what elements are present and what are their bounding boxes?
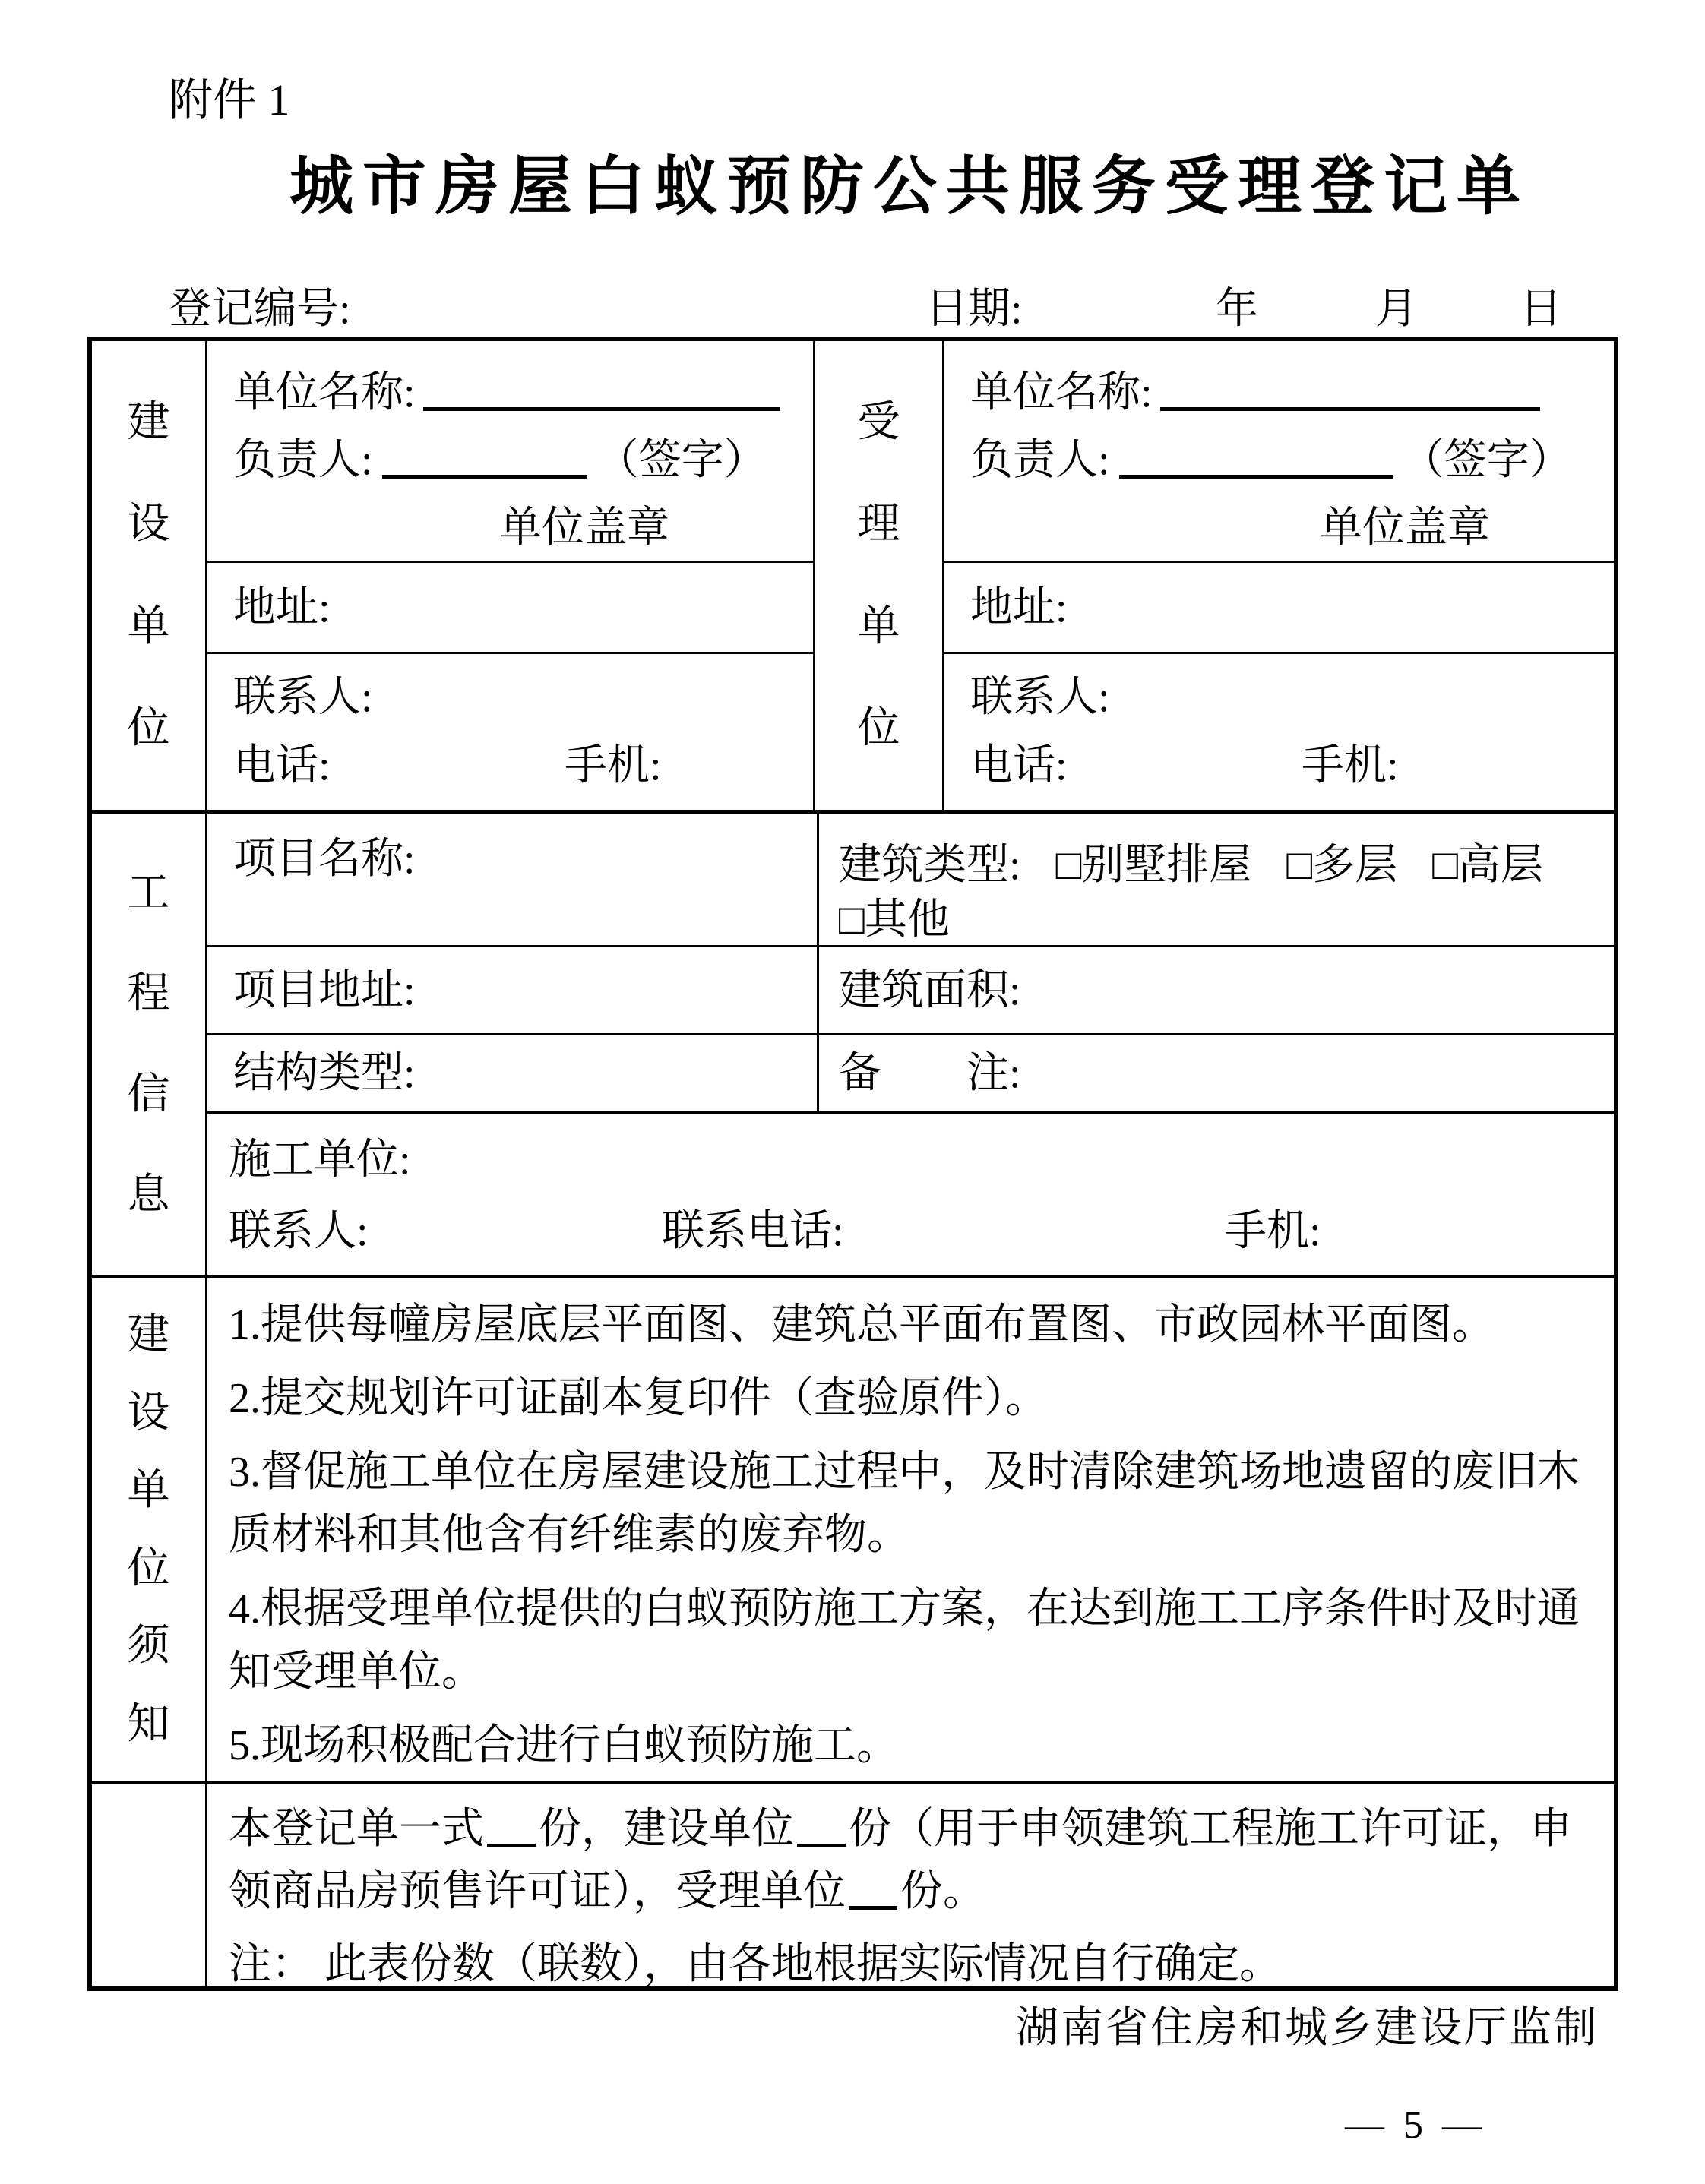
project-section-label: 工 程 信 息 — [92, 814, 207, 1275]
acceptor-address-row: 地址: — [944, 563, 1614, 654]
acceptor-section-label: 受 理 单 位 — [815, 341, 944, 810]
project-address-row: 项目地址: 建筑面积: — [207, 947, 1614, 1035]
builder-address-row: 地址: — [207, 563, 813, 654]
building-type-option-other[interactable]: □其他 — [839, 896, 950, 943]
acceptor-mobile-label: 手机: — [1302, 742, 1399, 789]
notice-item-2: 2.提交规划许可证副本复印件（查验原件）。 — [229, 1367, 1593, 1430]
builder-unit-name-blank[interactable] — [423, 368, 780, 411]
acceptor-unit-name-blank[interactable] — [1160, 368, 1540, 411]
building-area-label: 建筑面积: — [839, 969, 1614, 1012]
builder-principal-blank[interactable] — [382, 435, 587, 479]
copies-seg3: 份（用于申领建筑工程施工许可证，申 — [849, 1806, 1572, 1853]
acceptor-phone-label: 电话: — [970, 732, 1302, 800]
builder-principal-label: 负责人: — [233, 437, 373, 484]
copies-total-blank[interactable] — [487, 1807, 536, 1847]
notice-item-5: 5.现场积极配合进行白蚁预防施工。 — [229, 1715, 1593, 1778]
builder-mobile-label: 手机: — [565, 742, 662, 789]
acceptor-contact-row: 联系人: 电话:手机: — [944, 654, 1614, 808]
copies-section-label-empty — [92, 1784, 207, 1986]
header-meta: 登记编号: 日期: 年 月 日 — [0, 275, 1705, 328]
building-type-label: 建筑类型: — [839, 842, 1021, 889]
notice-item-3: 3.督促施工单位在房屋建设施工过程中，及时清除建筑场地遗留的废旧木质材料和其他含… — [229, 1441, 1593, 1567]
acceptor-principal-blank[interactable] — [1119, 435, 1393, 479]
date-label: 日期: — [925, 275, 1023, 336]
units-section: 建 设 单 位 单位名称: 负责人:（签字） 单位盖章 地址: — [92, 341, 1614, 814]
copies-builder-blank[interactable] — [797, 1807, 846, 1847]
project-cells: 项目名称: 建筑类型:□别墅排屋□多层□高层 □其他 项目地址: 建筑面积: — [207, 814, 1614, 1275]
date-day-label: 日 — [1520, 275, 1562, 336]
notice-section-label: 建 设 单 位 须 知 — [92, 1278, 207, 1781]
date-month-label: 月 — [1375, 275, 1418, 336]
building-type-option-highrise[interactable]: □高层 — [1432, 842, 1543, 889]
project-address-label: 项目地址: — [233, 969, 416, 1012]
notice-item-4: 4.根据受理单位提供的白蚁预防施工方案，在达到施工工序条件时及时通知受理单位。 — [229, 1578, 1593, 1704]
page-title: 城市房屋白蚁预防公共服务受理登记单 — [0, 135, 1705, 227]
date-year-label: 年 — [1216, 275, 1258, 336]
remark-label: 备 注: — [839, 1052, 1614, 1095]
copies-line2a: 领商品房预售许可证），受理单位 — [229, 1868, 846, 1915]
project-info-section: 工 程 信 息 项目名称: 建筑类型:□别墅排屋□多层□高层 □其他 — [92, 814, 1614, 1278]
copies-seg1: 本登记单一式 — [229, 1806, 484, 1853]
acceptor-seal-label: 单位盖章 — [1320, 495, 1614, 562]
notice-item-1: 1.提供每幢房屋底层平面图、建筑总平面布置图、市政园林平面图。 — [229, 1294, 1593, 1357]
document-page: 附件 1 城市房屋白蚁预防公共服务受理登记单 登记编号: 日期: 年 月 日 建… — [0, 0, 1705, 2184]
structure-type-row: 结构类型: 备 注: — [207, 1035, 1614, 1114]
attachment-label: 附件 1 — [169, 64, 290, 128]
building-type-option-villa[interactable]: □别墅排屋 — [1056, 842, 1252, 889]
registration-number-label: 登记编号: — [169, 275, 351, 336]
acceptor-contact-label: 联系人: — [970, 674, 1110, 721]
issuer-line: 湖南省住房和城乡建设厅监制 — [1016, 1994, 1599, 2055]
acceptor-unit-name-label: 单位名称: — [970, 369, 1153, 416]
project-name-row: 项目名称: 建筑类型:□别墅排屋□多层□高层 □其他 — [207, 814, 1614, 947]
notice-items: 1.提供每幢房屋底层平面图、建筑总平面布置图、市政园林平面图。 2.提交规划许可… — [207, 1278, 1614, 1781]
builder-seal-label: 单位盖章 — [499, 495, 813, 562]
builder-sign-label: （签字） — [596, 437, 767, 484]
constructor-tel-label: 联系电话: — [662, 1196, 1224, 1267]
project-name-label: 项目名称: — [233, 838, 416, 880]
builder-contact-label: 联系人: — [233, 674, 373, 721]
constructor-mobile-label: 手机: — [1224, 1208, 1321, 1255]
copies-text: 本登记单一式份，建设单位份（用于申领建筑工程施工许可证，申 领商品房预售许可证）… — [207, 1784, 1614, 1986]
building-type-option-multistorey[interactable]: □多层 — [1286, 842, 1397, 889]
constructor-label: 施工单位: — [229, 1136, 411, 1184]
acceptor-name-row: 单位名称: 负责人:（签字） 单位盖章 — [944, 341, 1614, 563]
notice-section: 建 设 单 位 须 知 1.提供每幢房屋底层平面图、建筑总平面布置图、市政园林平… — [92, 1278, 1614, 1784]
structure-type-label: 结构类型: — [233, 1052, 416, 1095]
registration-form-table: 建 设 单 位 单位名称: 负责人:（签字） 单位盖章 地址: — [87, 337, 1618, 1991]
constructor-row: 施工单位: 联系人:联系电话:手机: — [207, 1114, 1614, 1275]
acceptor-unit-cells: 单位名称: 负责人:（签字） 单位盖章 地址: 联系人: 电话:手机: — [944, 341, 1614, 810]
builder-contact-row: 联系人: 电话:手机: — [207, 654, 813, 808]
builder-section-label: 建 设 单 位 — [92, 341, 207, 810]
acceptor-address-label: 地址: — [970, 586, 1068, 629]
builder-unit-name-label: 单位名称: — [233, 369, 416, 416]
copies-line2b: 份。 — [900, 1868, 985, 1915]
builder-address-label: 地址: — [233, 586, 331, 629]
copies-acceptor-blank[interactable] — [849, 1870, 897, 1910]
acceptor-principal-label: 负责人: — [970, 437, 1110, 484]
builder-phone-label: 电话: — [233, 732, 565, 800]
builder-name-row: 单位名称: 负责人:（签字） 单位盖章 — [207, 341, 813, 563]
copies-note: 注： 此表份数（联数），由各地根据实际情况自行确定。 — [229, 1933, 1593, 1996]
page-number: — 5 — — [1345, 2103, 1486, 2148]
copies-seg2: 份，建设单位 — [539, 1806, 794, 1853]
constructor-contact-label: 联系人: — [229, 1196, 662, 1267]
builder-unit-cells: 单位名称: 负责人:（签字） 单位盖章 地址: 联系人: 电话:手机: — [207, 341, 815, 810]
copies-section: 本登记单一式份，建设单位份（用于申领建筑工程施工许可证，申 领商品房预售许可证）… — [92, 1784, 1614, 1986]
acceptor-sign-label: （签字） — [1402, 437, 1572, 484]
